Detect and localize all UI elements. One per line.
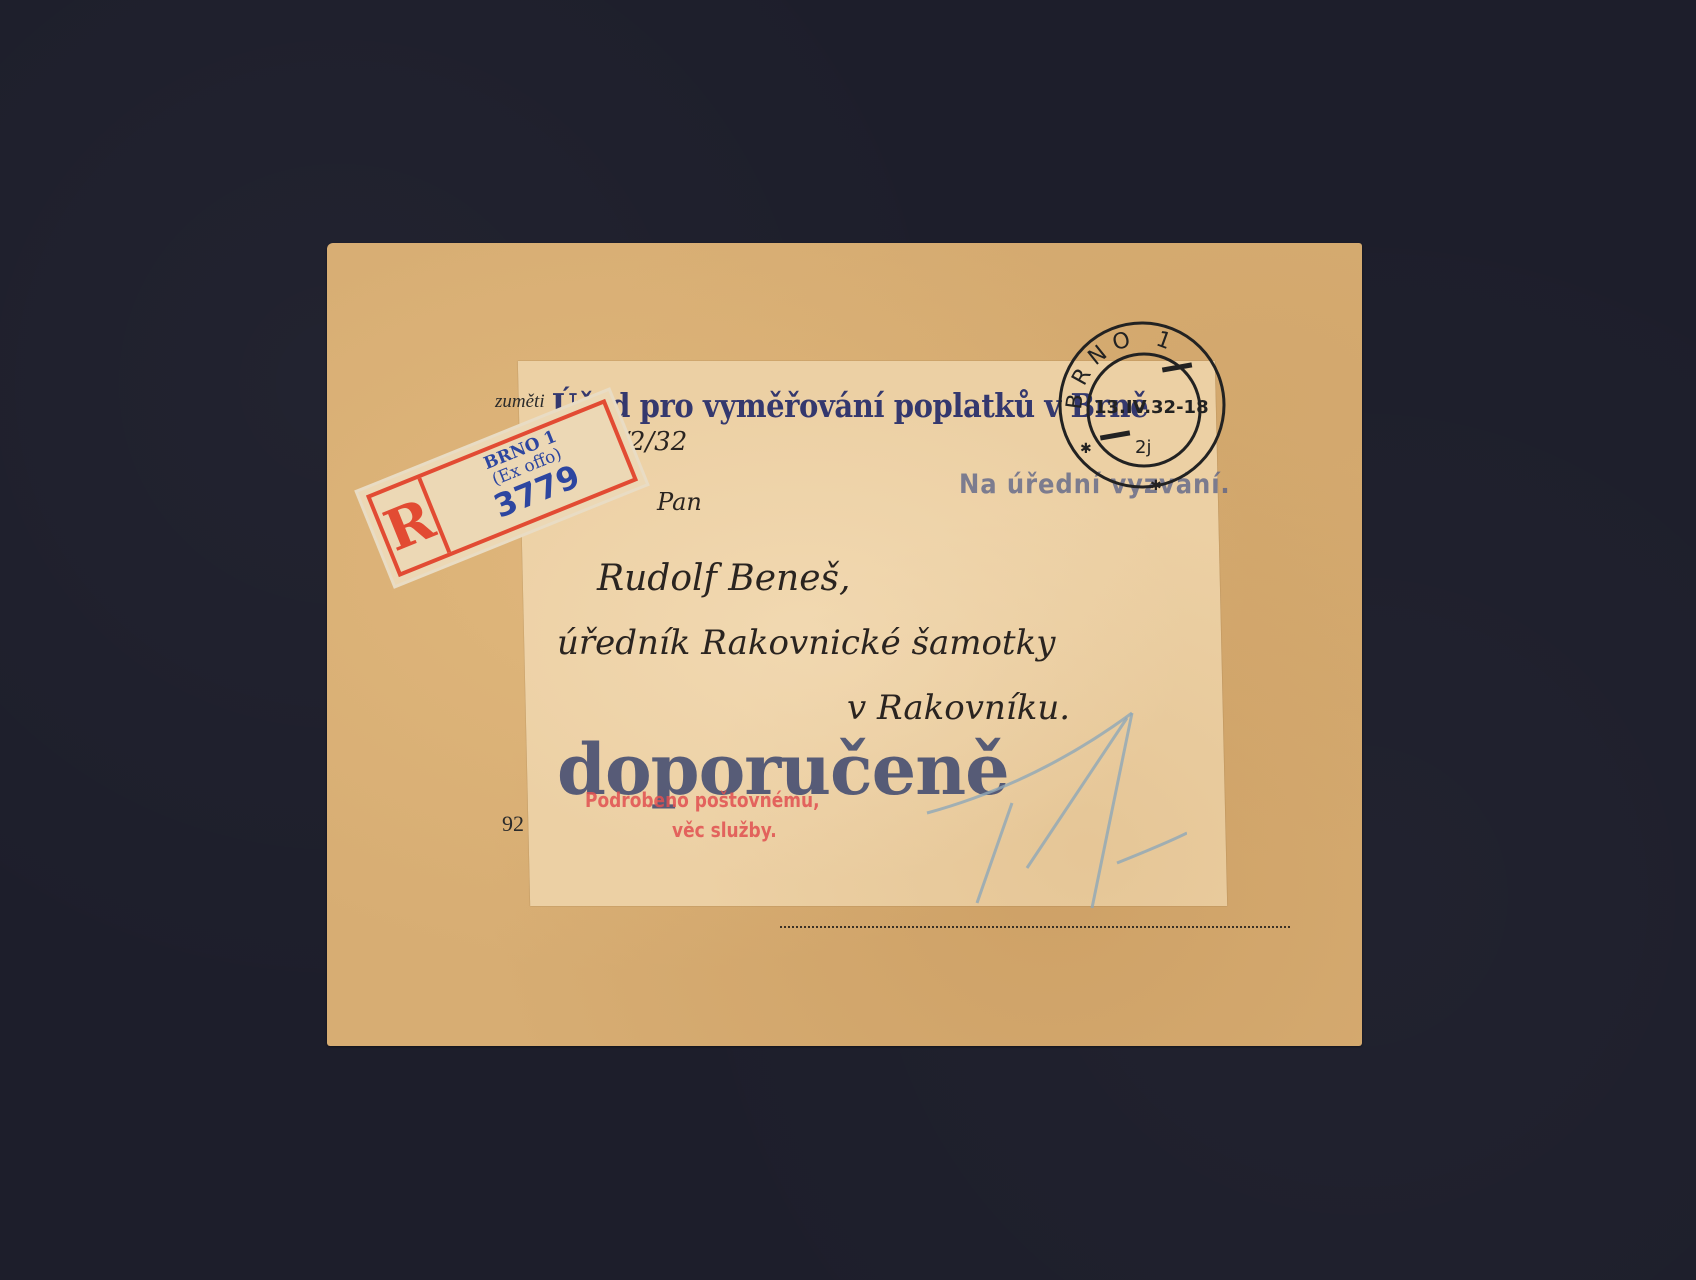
postmark-date: 13.IV.32-18 [1094, 397, 1209, 418]
postmark: BRNO 1 13.IV.32-18 2j ✱ ✱ [1052, 315, 1232, 495]
prefix-fragment: zuměti [495, 391, 545, 413]
dotted-line [780, 926, 1290, 928]
postmark-code: 2j [1135, 437, 1151, 458]
recipient-title: úředník Rakovnické šamotky [557, 623, 1055, 663]
recipient-name: Rudolf Beneš, [597, 558, 850, 599]
edge-fragment: 92 [502, 811, 524, 837]
pencil-annotation-mark [917, 693, 1187, 913]
svg-text:✱: ✱ [1150, 477, 1162, 493]
salutation: Pan [657, 488, 702, 516]
registration-letter: R [371, 478, 451, 572]
svg-text:✱: ✱ [1080, 440, 1092, 456]
service-stamp-line1: Podrobeno poštovnému, [585, 788, 820, 812]
envelope: zuměti Úřad pro vyměřování poplatků v Br… [327, 243, 1362, 1046]
service-stamp-line2: věc služby. [672, 818, 777, 842]
